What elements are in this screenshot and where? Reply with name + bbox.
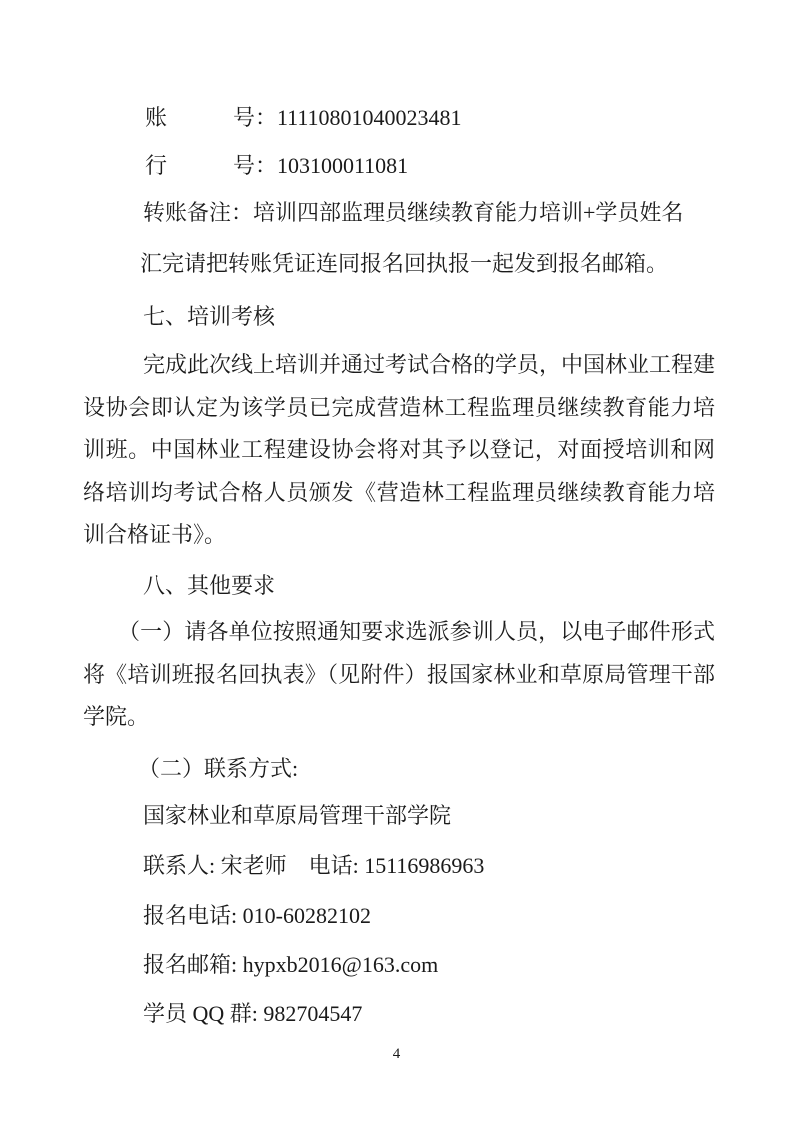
- account-number-line: 账 号：11110801040023481: [145, 104, 462, 131]
- section-7-paragraph: 完成此次线上培训并通过考试合格的学员，中国林业工程建设协会即认定为该学员已完成营…: [83, 344, 715, 557]
- section-8-item-2: （二）联系方式:: [138, 755, 298, 782]
- section-8-heading: 八、其他要求: [143, 572, 275, 599]
- bank-number-line: 行 号：103100011081: [145, 152, 408, 179]
- transfer-instruction-line: 汇完请把转账凭证连同报名回执报一起发到报名邮箱。: [140, 250, 668, 277]
- contact-organization-line: 国家林业和草原局管理干部学院: [143, 802, 451, 829]
- registration-phone-line: 报名电话: 010-60282102: [143, 902, 371, 929]
- student-qq-group-line: 学员 QQ 群: 982704547: [143, 1000, 362, 1027]
- document-page: 账 号：11110801040023481 行 号：103100011081 转…: [0, 0, 793, 1122]
- transfer-note-line: 转账备注：培训四部监理员继续教育能力培训+学员姓名: [143, 199, 683, 226]
- registration-email-line: 报名邮箱: hypxb2016@163.com: [143, 951, 438, 978]
- section-7-heading: 七、培训考核: [143, 303, 275, 330]
- section-8-item-1: （一）请各单位按照通知要求选派参训人员，以电子邮件形式将《培训班报名回执表》（见…: [83, 611, 715, 739]
- contact-person-line: 联系人: 宋老师 电话: 15116986963: [143, 852, 484, 879]
- page-number: 4: [0, 1046, 793, 1063]
